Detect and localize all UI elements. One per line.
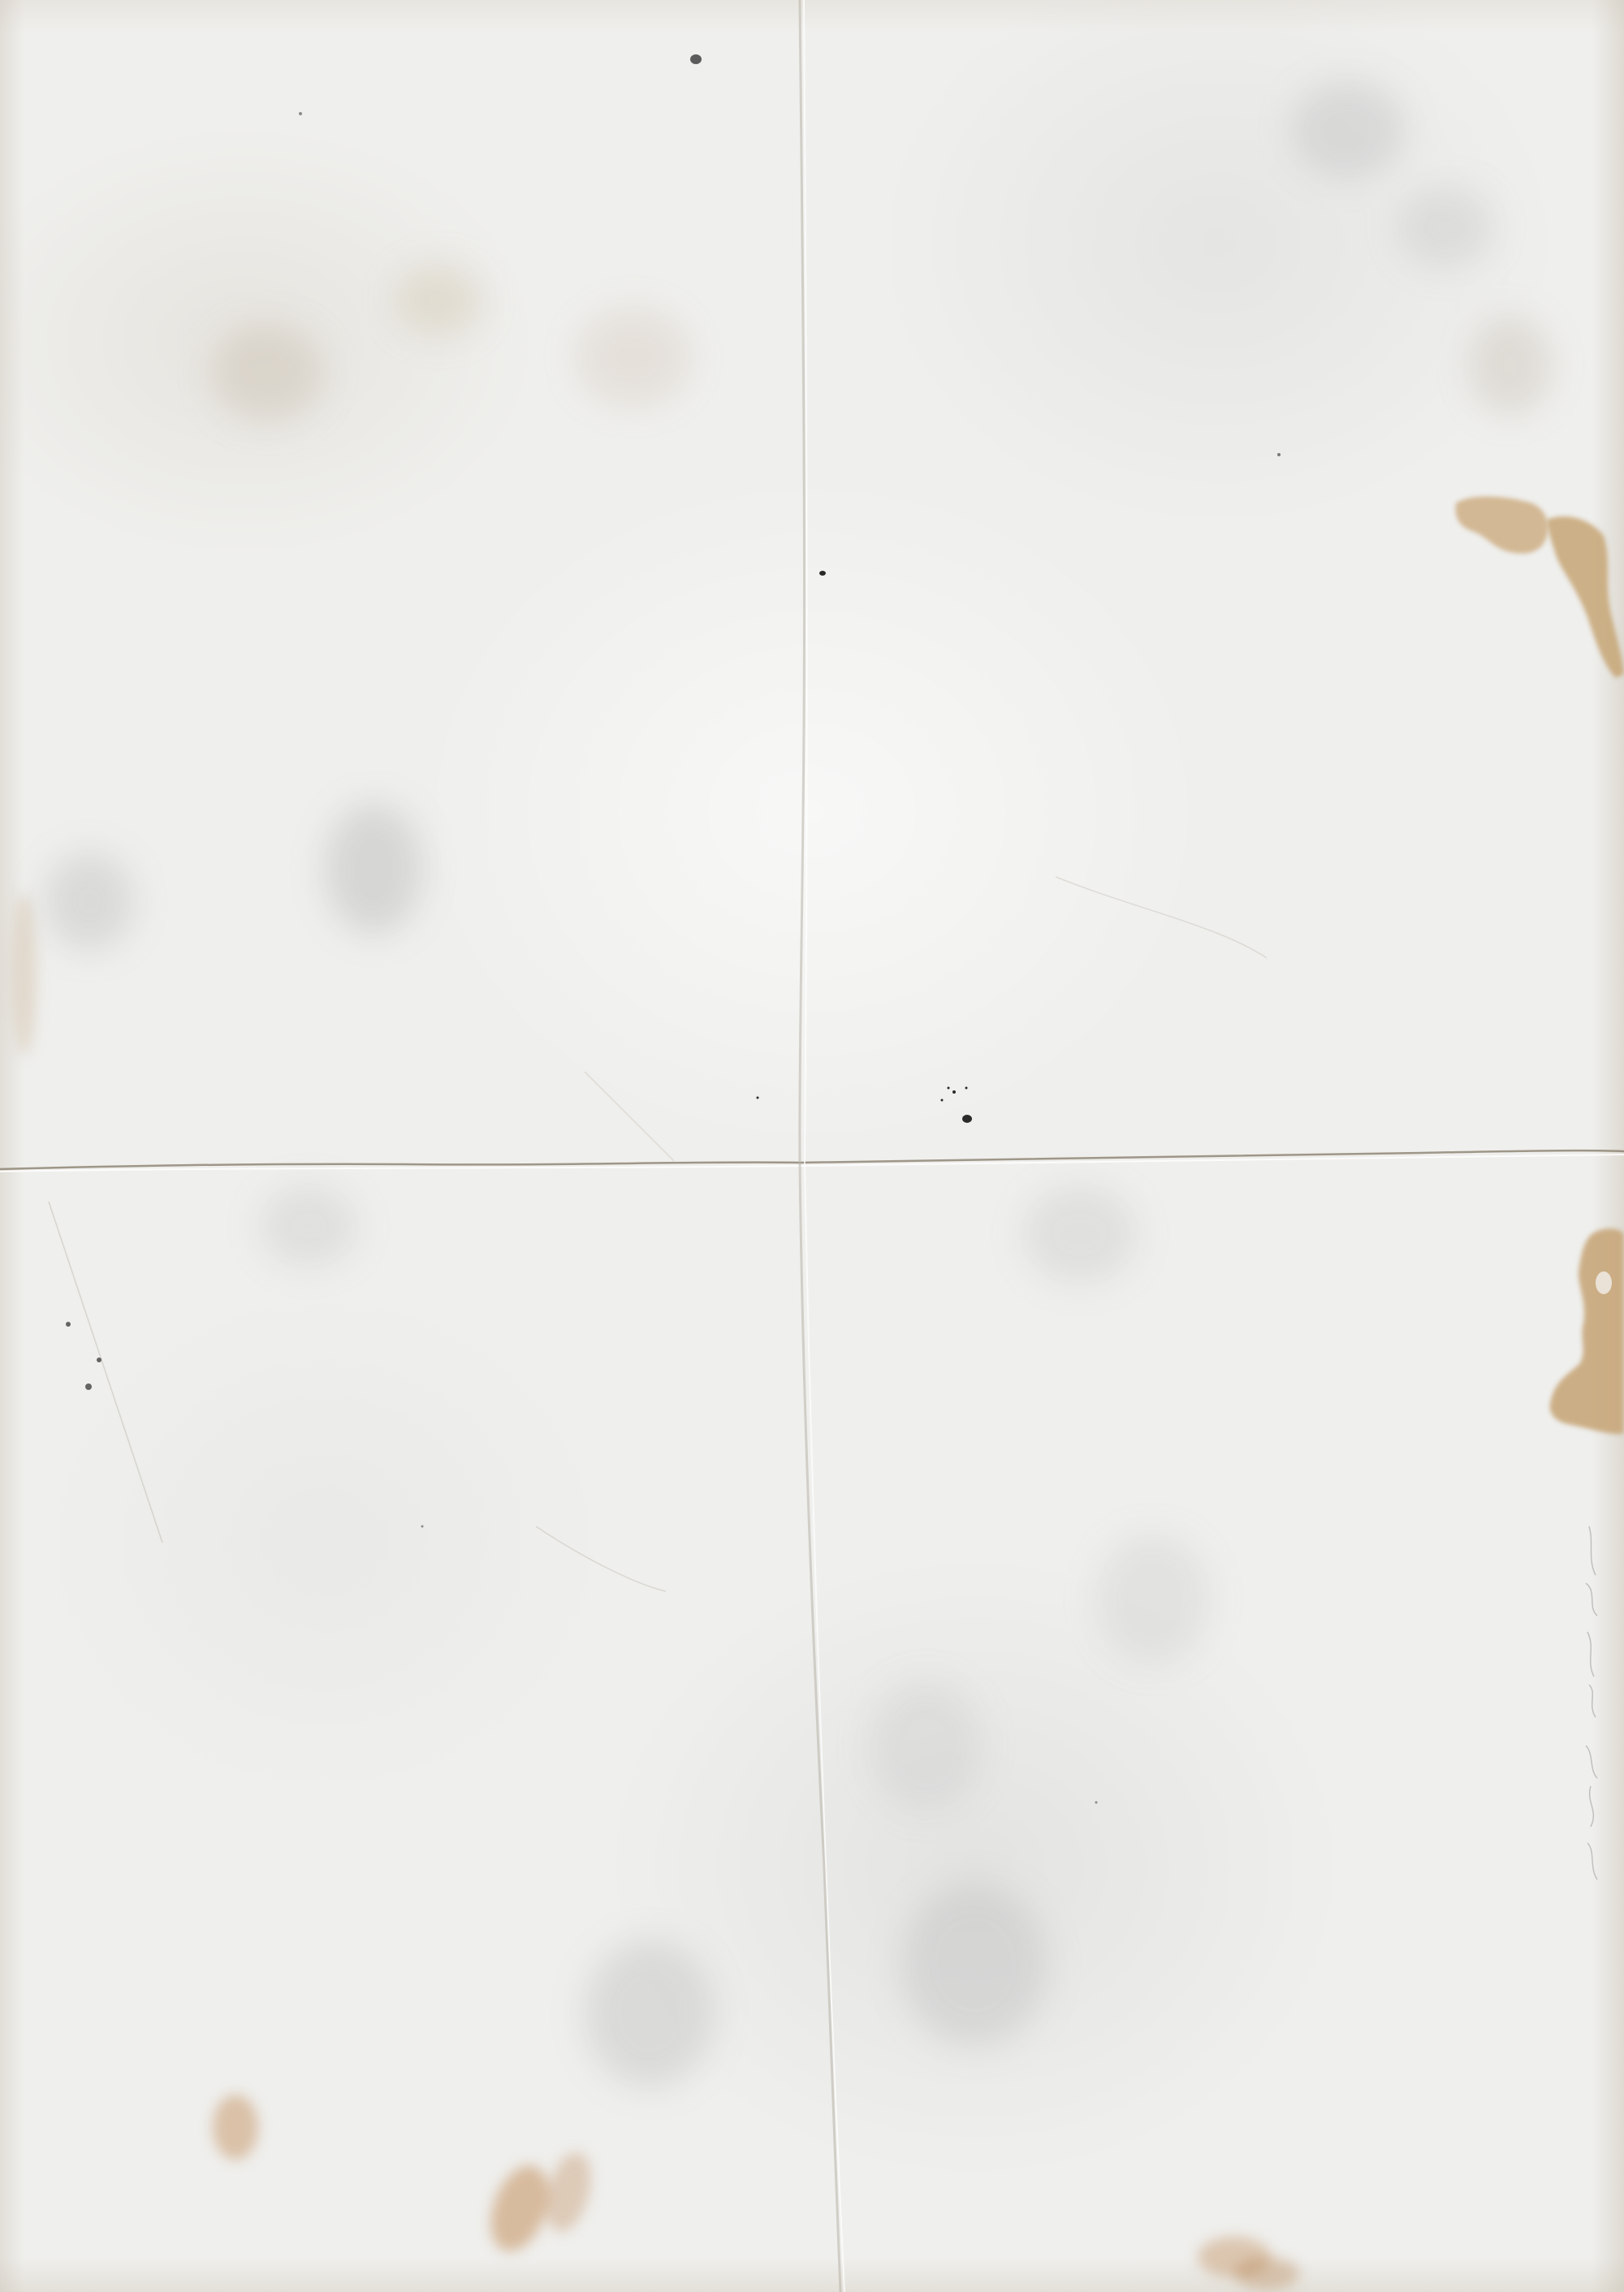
aged-paper-sheet (0, 0, 1624, 2292)
ink-specks (66, 54, 1281, 1804)
fold-creases (0, 0, 1624, 2292)
fingerprint-smudges (45, 81, 1551, 2087)
rust-smudges (12, 893, 1299, 2290)
water-stains (1455, 497, 1624, 1435)
smudges-layer (0, 0, 1624, 2292)
pencil-marks (1579, 1518, 1612, 1900)
